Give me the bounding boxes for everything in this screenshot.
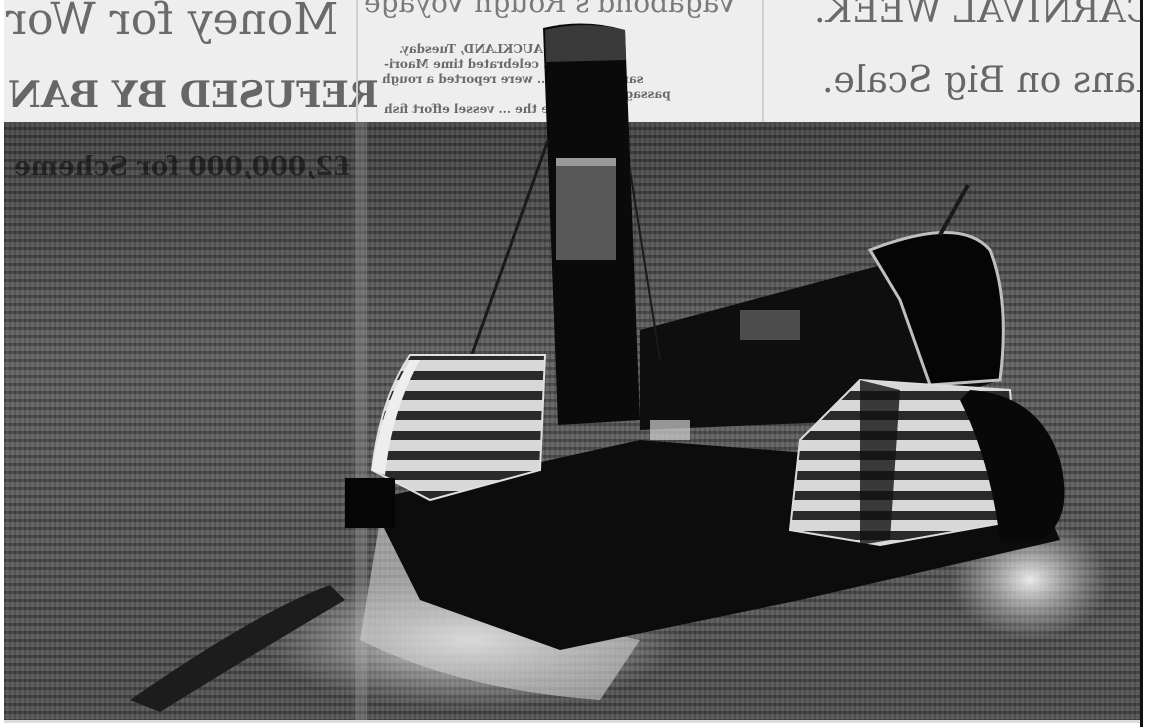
- paddle-steamer-illustration: [0, 0, 1153, 727]
- right-margin: [1143, 0, 1153, 727]
- bottom-edge: [4, 720, 1140, 723]
- left-margin: [0, 0, 4, 727]
- newspaper-photo-frame: Money for Wor REFUSED BY BAN Vagabond's …: [0, 0, 1153, 727]
